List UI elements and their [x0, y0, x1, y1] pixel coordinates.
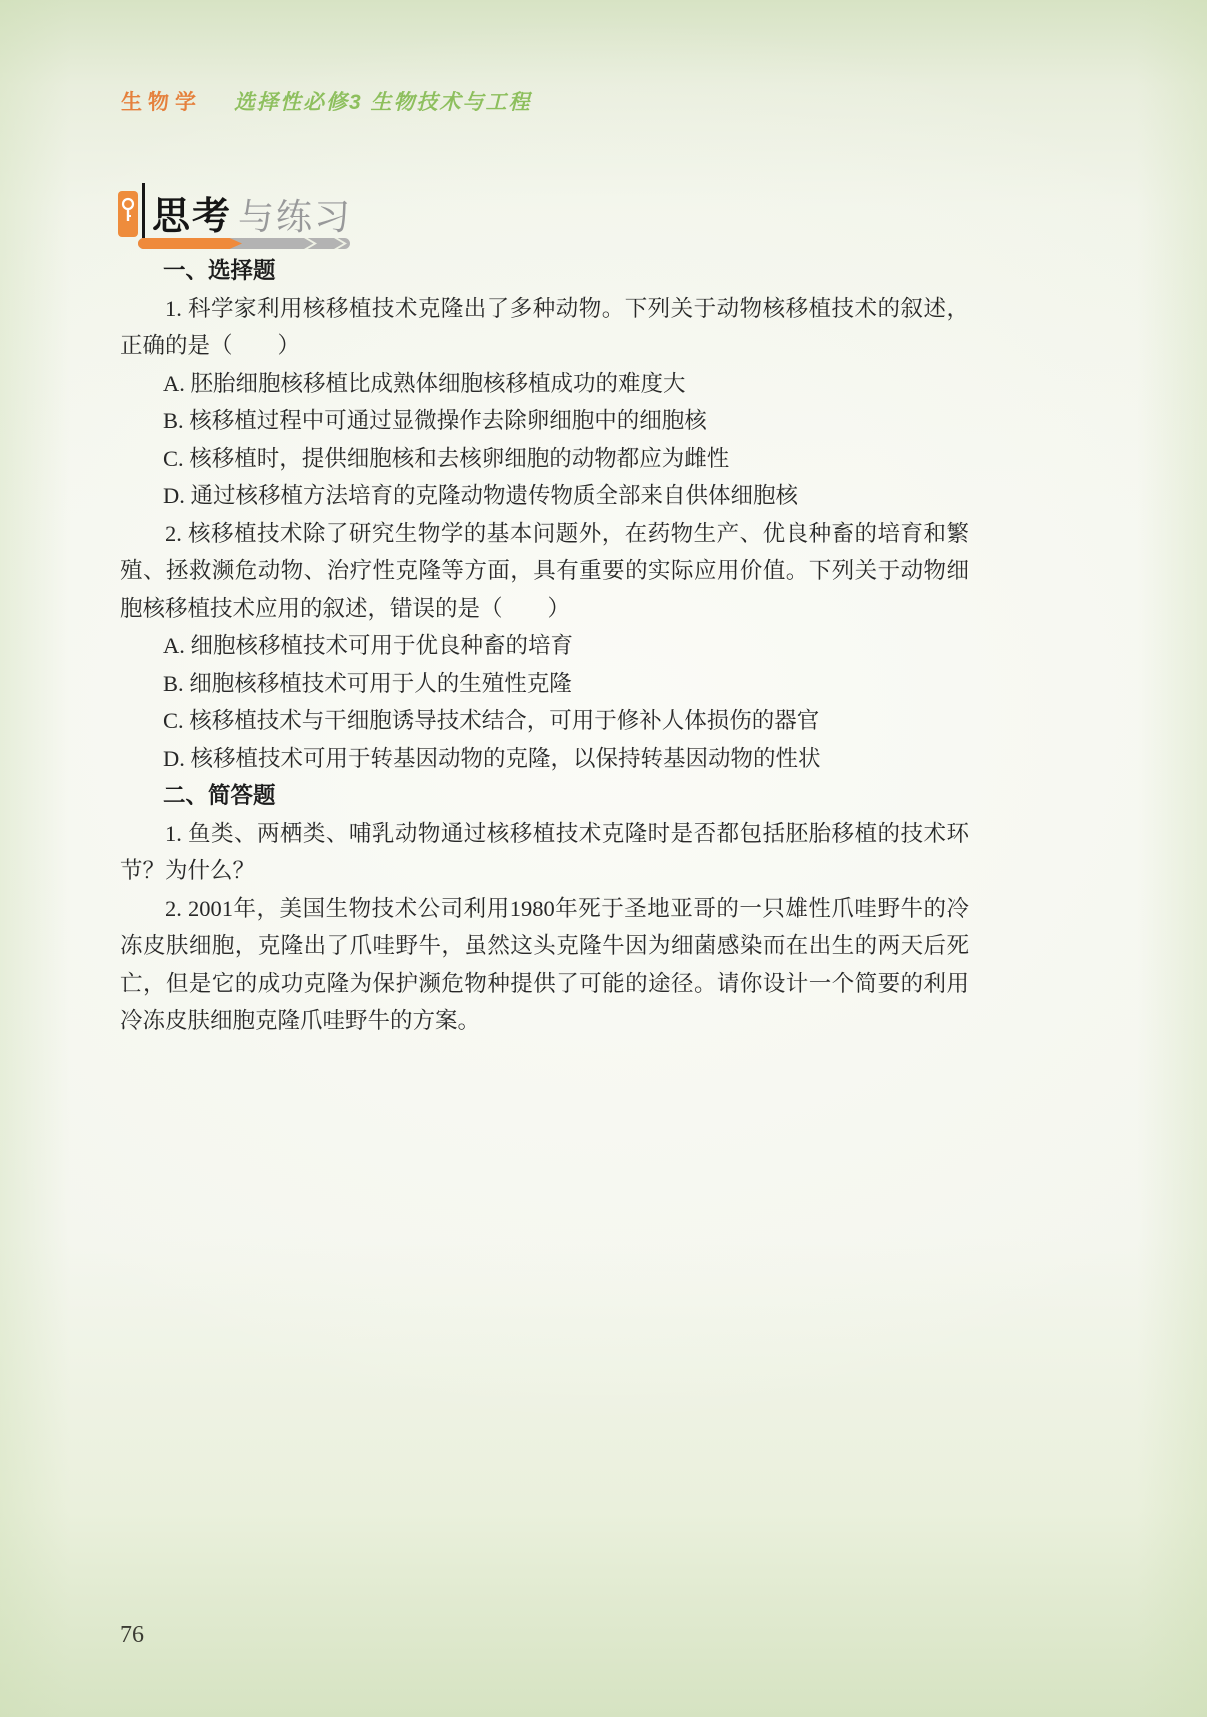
section-heading-short-answer: 二、简答题	[120, 777, 969, 815]
textbook-page: 生物学选择性必修3 生物技术与工程 思考与练习 一、选择题 1. 科学家利用核移…	[0, 0, 1207, 1717]
option-item: D. 通过核移植方法培育的克隆动物遗传物质全部来自供体细胞核	[120, 477, 969, 515]
title-divider	[142, 183, 145, 238]
running-head: 生物学选择性必修3 生物技术与工程	[121, 86, 532, 116]
exercise-content: 一、选择题 1. 科学家利用核移植技术克隆出了多种动物。下列关于动物核移植技术的…	[120, 252, 969, 1040]
question-stem: 1. 鱼类、两栖类、哺乳动物通过核移植技术克隆时是否都包括胚胎移植的技术环节？为…	[120, 815, 969, 890]
subject-label: 生物学	[121, 91, 202, 114]
option-item: D. 核移植技术可用于转基因动物的克隆，以保持转基因动物的性状	[120, 740, 969, 778]
option-item: A. 细胞核移植技术可用于优良种畜的培育	[120, 627, 969, 665]
title-main: 思考	[152, 196, 232, 238]
option-item: A. 胚胎细胞核移植比成熟体细胞核移植成功的难度大	[120, 365, 969, 403]
section-heading-choice: 一、选择题	[120, 252, 969, 290]
page-title: 思考与练习	[152, 185, 352, 240]
underline-orange-arrow	[138, 238, 242, 249]
title-underline	[138, 238, 350, 249]
page-number: 76	[120, 1622, 144, 1649]
title-sub: 与练习	[238, 196, 352, 237]
magnifier-icon	[118, 191, 138, 237]
option-item: B. 核移植过程中可通过显微操作去除卵细胞中的细胞核	[120, 402, 969, 440]
question-stem: 2. 2001年，美国生物技术公司利用1980年死于圣地亚哥的一只雄性爪哇野牛的…	[120, 890, 969, 1040]
option-item: C. 核移植技术与干细胞诱导技术结合，可用于修补人体损伤的器官	[120, 702, 969, 740]
question-stem: 1. 科学家利用核移植技术克隆出了多种动物。下列关于动物核移植技术的叙述，正确的…	[120, 290, 969, 365]
option-item: B. 细胞核移植技术可用于人的生殖性克隆	[120, 665, 969, 703]
book-title: 选择性必修3 生物技术与工程	[234, 91, 532, 114]
option-item: C. 核移植时，提供细胞核和去核卵细胞的动物都应为雌性	[120, 440, 969, 478]
question-stem: 2. 核移植技术除了研究生物学的基本问题外，在药物生产、优良种畜的培育和繁殖、拯…	[120, 515, 969, 628]
